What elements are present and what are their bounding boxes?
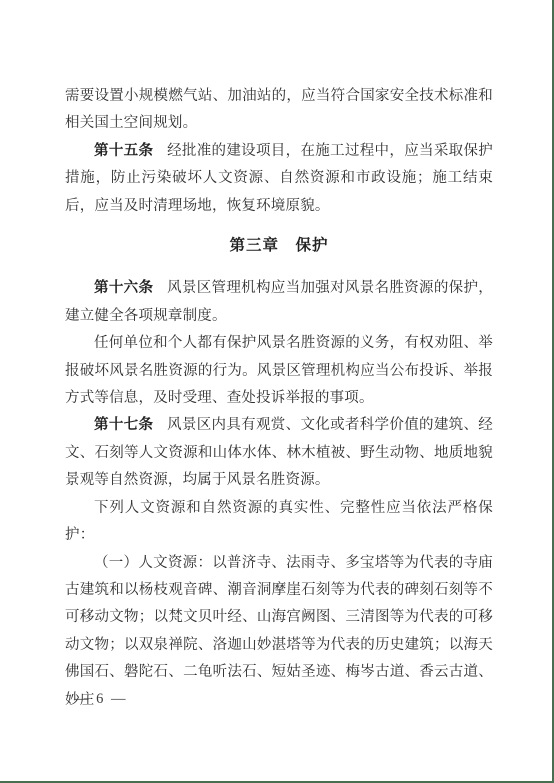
article-17-paragraph: 第十七条风景区内具有观赏、文化或者科学价值的建筑、经文、石刻等人文资源和山体水体… — [65, 412, 493, 494]
chapter-heading: 第三章 保护 — [65, 232, 493, 259]
duty-paragraph: 任何单位和个人都有保护风景名胜资源的义务，有权劝阻、举报破坏风景名胜资源的行为。… — [65, 330, 493, 412]
list-intro-paragraph: 下列人文资源和自然资源的真实性、完整性应当依法严格保护： — [65, 495, 493, 550]
article-15-label: 第十五条 — [94, 143, 153, 159]
document-body: 需要设置小规模燃气站、加油站的，应当符合国家安全技术标准和相关国土空间规划。 第… — [65, 83, 493, 714]
page-number: — 6 — — [74, 691, 128, 708]
continuation-paragraph: 需要设置小规模燃气站、加油站的，应当符合国家安全技术标准和相关国土空间规划。 — [65, 83, 493, 138]
article-17-label: 第十七条 — [94, 417, 153, 433]
article-16-paragraph: 第十六条风景区管理机构应当加强对风景名胜资源的保护，建立健全各项规章制度。 — [65, 275, 493, 330]
scanned-page: 需要设置小规模燃气站、加油站的，应当符合国家安全技术标准和相关国土空间规划。 第… — [0, 0, 554, 783]
article-16-label: 第十六条 — [94, 280, 153, 296]
list-item-1-paragraph: （一）人文资源：以普济寺、法雨寺、多宝塔等为代表的寺庙古建筑和以杨枝观音碑、潮音… — [65, 550, 493, 714]
article-15-paragraph: 第十五条经批准的建设项目，在施工过程中，应当采取保护措施，防止污染破坏人文资源、… — [65, 138, 493, 220]
